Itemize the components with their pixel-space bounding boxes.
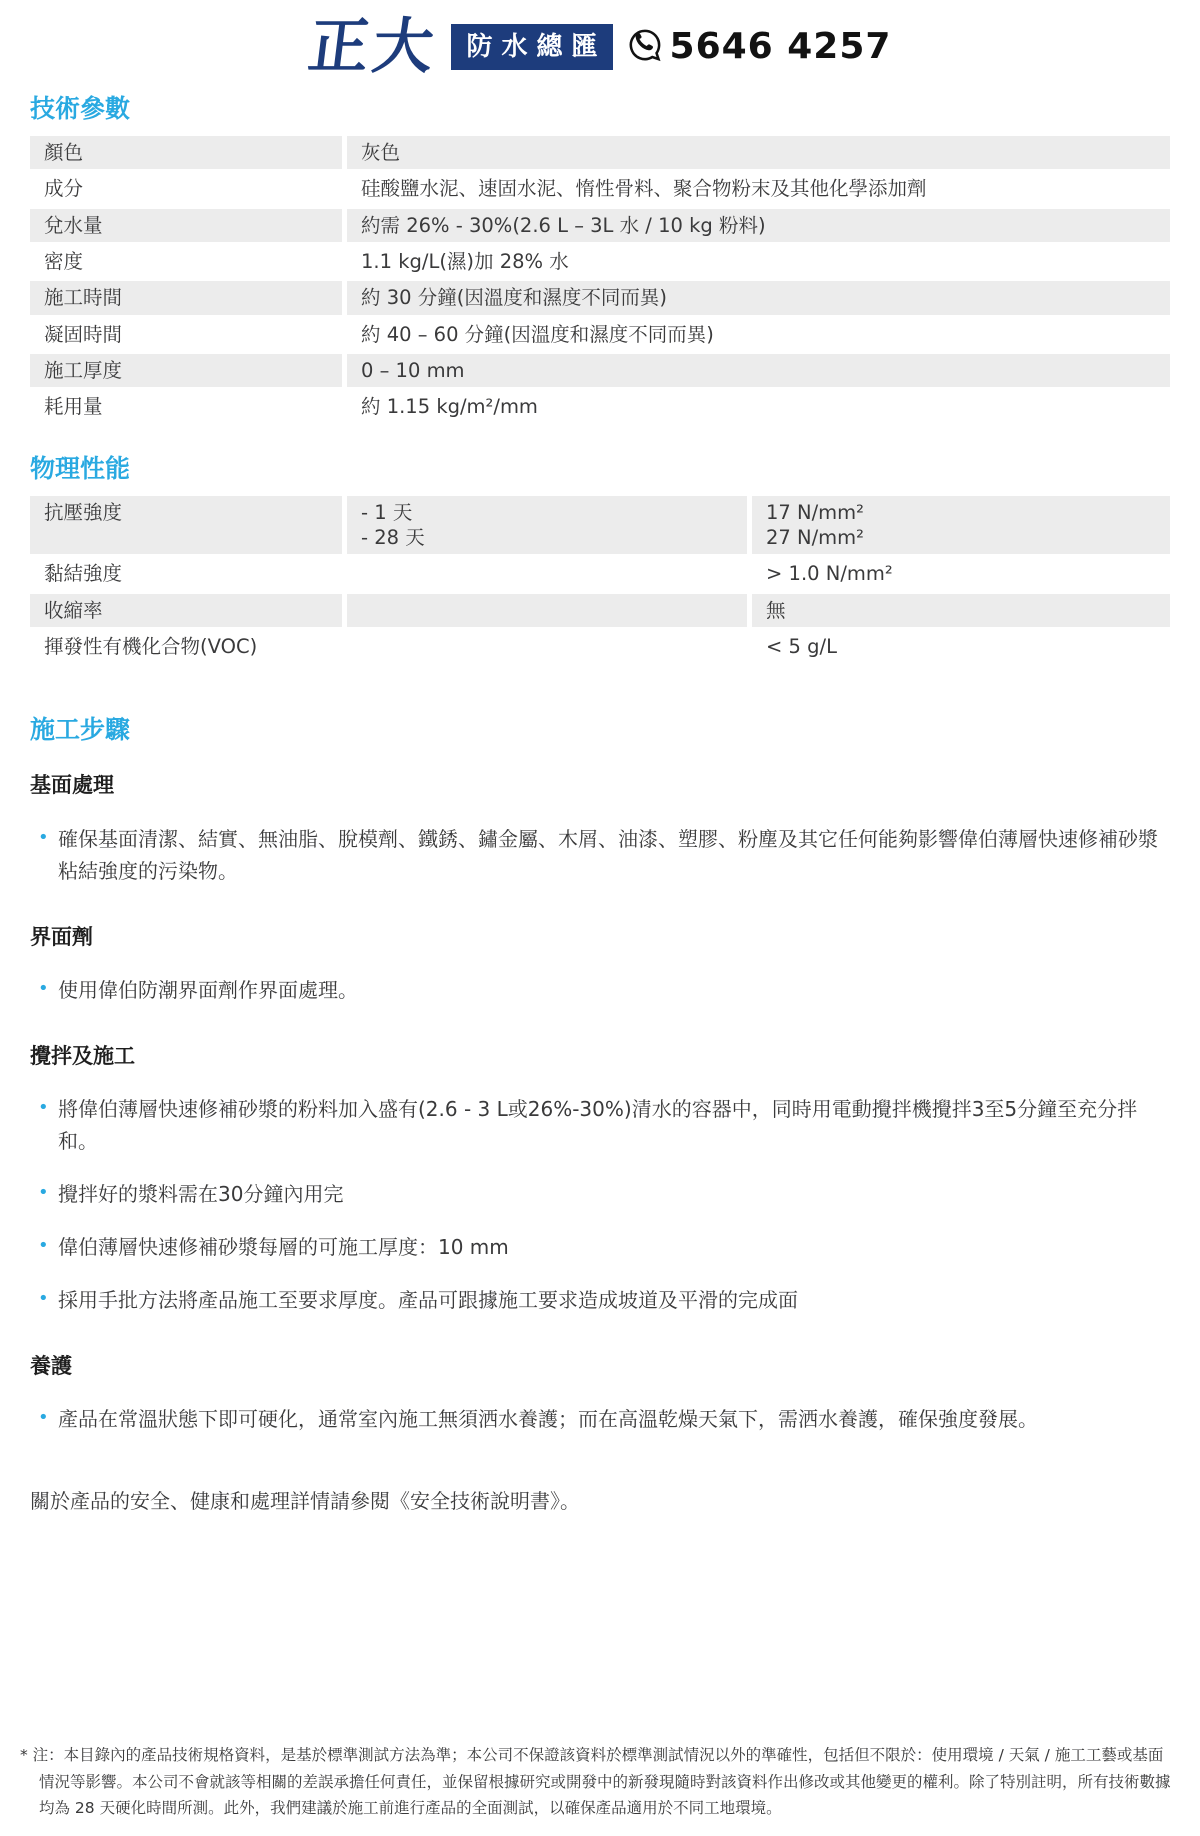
row-label: 顏色 xyxy=(30,136,342,169)
row-label: 成分 xyxy=(30,172,342,205)
row-value: > 1.0 N/mm² xyxy=(752,557,1170,590)
row-value: 約需 26% - 30%(2.6 L – 3L 水 / 10 kg 粉料) xyxy=(347,209,1170,242)
row-value: 0 – 10 mm xyxy=(347,354,1170,387)
bullet-icon: • xyxy=(30,1284,58,1316)
table-row: 揮發性有機化合物(VOC) < 5 g/L xyxy=(30,630,1170,663)
step-heading-surface-prep: 基面處理 xyxy=(30,773,1170,798)
phone-icon xyxy=(627,27,663,67)
brand-logo: 正大 xyxy=(305,17,440,77)
section-title-tech-params: 技術參數 xyxy=(30,94,1170,124)
safety-note: 關於產品的安全、健康和處理詳情請參閱《安全技術說明書》。 xyxy=(30,1485,1170,1517)
row-condition: - 1 天 - 28 天 xyxy=(347,496,747,555)
bullet-icon: • xyxy=(30,1403,58,1435)
table-row: 黏結強度 > 1.0 N/mm² xyxy=(30,557,1170,590)
bullet-text: 將偉伯薄層快速修補砂漿的粉料加入盛有(2.6 - 3 L或26%-30%)清水的… xyxy=(58,1093,1170,1157)
page: 正大 防水總匯 5646 4257 技術參數 顏色 灰色 成分 硅酸鹽水泥、速固… xyxy=(0,0,1200,1517)
section-title-physical: 物理性能 xyxy=(30,454,1170,484)
table-row: 施工時間 約 30 分鐘(因溫度和濕度不同而異) xyxy=(30,281,1170,314)
table-row: 施工厚度 0 – 10 mm xyxy=(30,354,1170,387)
header: 正大 防水總匯 5646 4257 xyxy=(30,0,1170,86)
row-label: 密度 xyxy=(30,245,342,278)
row-value: 灰色 xyxy=(347,136,1170,169)
bullet-icon: • xyxy=(30,1178,58,1210)
row-value: 17 N/mm² 27 N/mm² xyxy=(752,496,1170,555)
phone-contact: 5646 4257 xyxy=(627,27,892,67)
bullet-icon: • xyxy=(30,974,58,1006)
bullet-text: 攪拌好的漿料需在30分鐘內用完 xyxy=(58,1178,1170,1210)
row-label: 施工時間 xyxy=(30,281,342,314)
brand-tagline-badge: 防水總匯 xyxy=(451,24,613,70)
row-label: 凝固時間 xyxy=(30,318,342,351)
row-condition xyxy=(347,594,747,627)
table-row: 抗壓強度 - 1 天 - 28 天 17 N/mm² 27 N/mm² xyxy=(30,496,1170,555)
list-item: • 採用手批方法將產品施工至要求厚度。產品可跟據施工要求造成坡道及平滑的完成面 xyxy=(30,1284,1170,1316)
row-value: 硅酸鹽水泥、速固水泥、惰性骨料、聚合物粉末及其他化學添加劑 xyxy=(347,172,1170,205)
list-item: • 確保基面清潔、結實、無油脂、脫模劑、鐵銹、鏽金屬、木屑、油漆、塑膠、粉塵及其… xyxy=(30,823,1170,887)
row-value: 約 1.15 kg/m²/mm xyxy=(347,390,1170,423)
row-label: 收縮率 xyxy=(30,594,342,627)
row-value: 1.1 kg/L(濕)加 28% 水 xyxy=(347,245,1170,278)
bullet-icon: • xyxy=(30,823,58,887)
row-value: 無 xyxy=(752,594,1170,627)
row-value: 約 30 分鐘(因溫度和濕度不同而異) xyxy=(347,281,1170,314)
tech-params-table: 顏色 灰色 成分 硅酸鹽水泥、速固水泥、惰性骨料、聚合物粉末及其他化學添加劑 兌… xyxy=(30,136,1170,424)
list-item: • 將偉伯薄層快速修補砂漿的粉料加入盛有(2.6 - 3 L或26%-30%)清… xyxy=(30,1093,1170,1157)
list-item: • 使用偉伯防潮界面劑作界面處理。 xyxy=(30,974,1170,1006)
section-title-steps: 施工步驟 xyxy=(30,715,1170,745)
list-item: • 攪拌好的漿料需在30分鐘內用完 xyxy=(30,1178,1170,1210)
row-label: 耗用量 xyxy=(30,390,342,423)
bullet-icon: • xyxy=(30,1093,58,1157)
step-heading-primer: 界面劑 xyxy=(30,925,1170,950)
list-item: • 產品在常溫狀態下即可硬化，通常室內施工無須洒水養護；而在高溫乾燥天氣下，需洒… xyxy=(30,1403,1170,1435)
bullet-text: 使用偉伯防潮界面劑作界面處理。 xyxy=(58,974,1170,1006)
step-heading-mixing: 攪拌及施工 xyxy=(30,1044,1170,1069)
row-value: 約 40 – 60 分鐘(因溫度和濕度不同而異) xyxy=(347,318,1170,351)
table-row: 成分 硅酸鹽水泥、速固水泥、惰性骨料、聚合物粉末及其他化學添加劑 xyxy=(30,172,1170,205)
footnote-disclaimer: * 注：本目錄內的產品技術規格資料，是基於標準測試方法為準；本公司不保證該資料於… xyxy=(20,1742,1178,1822)
row-label: 黏結強度 xyxy=(30,557,342,590)
row-condition xyxy=(347,630,747,663)
row-condition xyxy=(347,557,747,590)
table-row: 耗用量 約 1.15 kg/m²/mm xyxy=(30,390,1170,423)
phone-number: 5646 4257 xyxy=(670,29,892,65)
row-label: 兌水量 xyxy=(30,209,342,242)
table-row: 兌水量 約需 26% - 30%(2.6 L – 3L 水 / 10 kg 粉料… xyxy=(30,209,1170,242)
row-label: 揮發性有機化合物(VOC) xyxy=(30,630,342,663)
bullet-text: 確保基面清潔、結實、無油脂、脫模劑、鐵銹、鏽金屬、木屑、油漆、塑膠、粉塵及其它任… xyxy=(58,823,1170,887)
bullet-text: 採用手批方法將產品施工至要求厚度。產品可跟據施工要求造成坡道及平滑的完成面 xyxy=(58,1284,1170,1316)
list-item: • 偉伯薄層快速修補砂漿每層的可施工厚度：10 mm xyxy=(30,1231,1170,1263)
table-row: 收縮率 無 xyxy=(30,594,1170,627)
physical-table: 抗壓強度 - 1 天 - 28 天 17 N/mm² 27 N/mm² 黏結強度… xyxy=(30,496,1170,664)
bullet-icon: • xyxy=(30,1231,58,1263)
row-label: 抗壓強度 xyxy=(30,496,342,555)
row-value: < 5 g/L xyxy=(752,630,1170,663)
row-label: 施工厚度 xyxy=(30,354,342,387)
table-row: 凝固時間 約 40 – 60 分鐘(因溫度和濕度不同而異) xyxy=(30,318,1170,351)
table-row: 顏色 灰色 xyxy=(30,136,1170,169)
bullet-text: 產品在常溫狀態下即可硬化，通常室內施工無須洒水養護；而在高溫乾燥天氣下，需洒水養… xyxy=(58,1403,1170,1435)
step-heading-curing: 養護 xyxy=(30,1354,1170,1379)
table-row: 密度 1.1 kg/L(濕)加 28% 水 xyxy=(30,245,1170,278)
bullet-text: 偉伯薄層快速修補砂漿每層的可施工厚度：10 mm xyxy=(58,1231,1170,1263)
